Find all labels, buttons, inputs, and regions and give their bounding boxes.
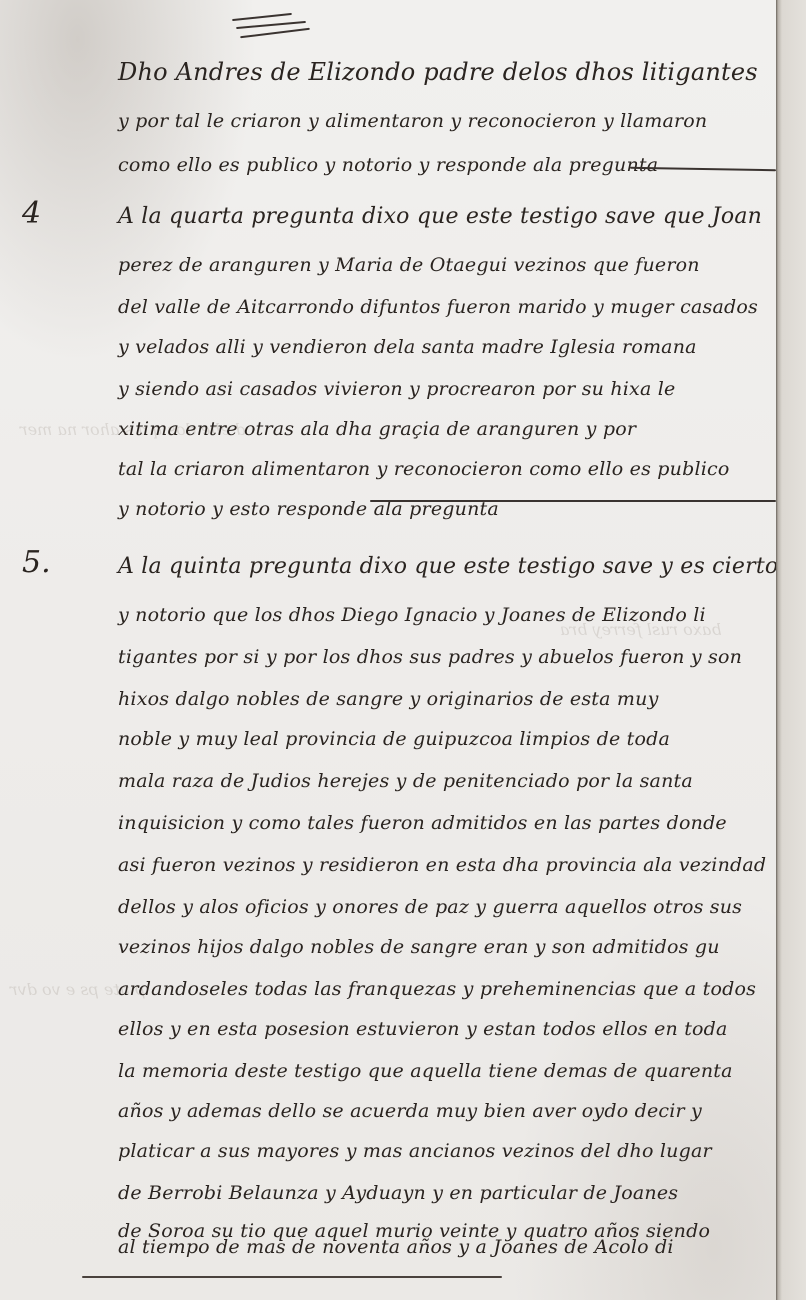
top-flourish (232, 12, 324, 40)
manuscript-page: d ehe dos q a s ahor na mer baxo rusl fe… (0, 0, 776, 1300)
manuscript-line: dellos y alos oficios y onores de paz y … (118, 898, 742, 917)
question-number: 4 (22, 196, 41, 231)
manuscript-line: del valle de Aitcarrondo difuntos fueron… (118, 298, 758, 317)
manuscript-line: y siendo asi casados vivieron y procrear… (118, 380, 675, 399)
manuscript-line: tal la criaron alimentaron y reconociero… (118, 460, 729, 479)
binding-edge (776, 0, 806, 1300)
manuscript-line: platicar a sus mayores y mas ancianos ve… (118, 1142, 712, 1161)
manuscript-line: inquisicion y como tales fueron admitido… (118, 814, 727, 833)
manuscript-line: Dho Andres de Elizondo padre delos dhos … (118, 60, 758, 84)
line-end-flourish (370, 500, 776, 502)
question-number: 5. (22, 545, 51, 580)
manuscript-line: ardandoseles todas las franquezas y preh… (118, 980, 756, 999)
manuscript-line: mala raza de Judios herejes y de peniten… (118, 772, 693, 791)
manuscript-line: al tiempo de mas de noventa años y a Joa… (118, 1238, 674, 1257)
manuscript-line: hixos dalgo nobles de sangre y originari… (118, 690, 659, 709)
manuscript-line: y velados alli y vendieron dela santa ma… (118, 338, 697, 357)
manuscript-line: y notorio que los dhos Diego Ignacio y J… (118, 606, 706, 625)
page-end-rule (82, 1276, 502, 1278)
manuscript-line: A la quinta pregunta dixo que este testi… (118, 556, 806, 578)
manuscript-line: ellos y en esta posesion estuvieron y es… (118, 1020, 728, 1039)
manuscript-line: tigantes por si y por los dhos sus padre… (118, 648, 742, 667)
manuscript-line: como ello es publico y notorio y respond… (118, 156, 658, 175)
manuscript-line: perez de aranguren y Maria de Otaegui ve… (118, 256, 700, 275)
manuscript-line: años y ademas dello se acuerda muy bien … (118, 1102, 702, 1121)
manuscript-line: vezinos hijos dalgo nobles de sangre era… (118, 938, 720, 957)
manuscript-line: de Berrobi Belaunza y Ayduayn y en parti… (118, 1184, 678, 1203)
manuscript-line: asi fueron vezinos y residieron en esta … (118, 856, 766, 875)
manuscript-line: y por tal le criaron y alimentaron y rec… (118, 112, 707, 131)
manuscript-line: y notorio y esto responde ala pregunta (118, 500, 499, 519)
manuscript-line: la memoria deste testigo que aquella tie… (118, 1062, 733, 1081)
manuscript-line: A la quarta pregunta dixo que este testi… (118, 206, 762, 228)
manuscript-line: noble y muy leal provincia de guipuzcoa … (118, 730, 670, 749)
manuscript-line: xitima entre otras ala dha graçia de ara… (118, 420, 636, 439)
